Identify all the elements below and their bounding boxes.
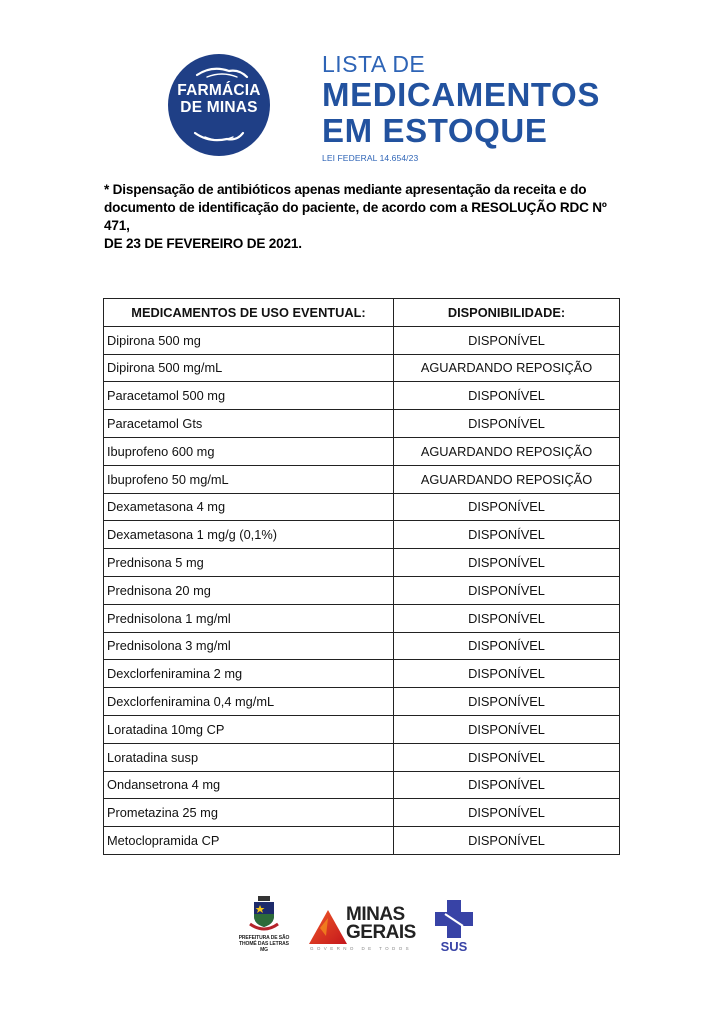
table-row: Ondansetrona 4 mgDISPONÍVEL (104, 771, 620, 799)
farmacia-logo-text: FARMÁCIA DE MINAS (167, 82, 271, 116)
medication-name: Paracetamol 500 mg (104, 382, 394, 410)
medication-name: Loratadina susp (104, 743, 394, 771)
medication-name: Dexametasona 1 mg/g (0,1%) (104, 521, 394, 549)
availability-status: DISPONÍVEL (394, 799, 620, 827)
medication-name: Loratadina 10mg CP (104, 715, 394, 743)
coat-of-arms-icon (248, 896, 280, 932)
footer-logos: PREFEITURA DE SÃO THOMÉ DAS LETRAS MG MI… (236, 896, 481, 961)
prefeitura-text: PREFEITURA DE SÃO THOMÉ DAS LETRAS MG (236, 935, 292, 954)
table-row: Loratadina suspDISPONÍVEL (104, 743, 620, 771)
medication-name: Prednisolona 1 mg/ml (104, 604, 394, 632)
table-row: Prednisona 20 mgDISPONÍVEL (104, 576, 620, 604)
mg-text: MINAS GERAIS (346, 906, 416, 942)
availability-status: DISPONÍVEL (394, 715, 620, 743)
page-header: FARMÁCIA DE MINAS LISTA DE MEDICAMENTOS … (155, 48, 615, 168)
logo-line1: FARMÁCIA (167, 82, 271, 99)
prefeitura-line2: THOMÉ DAS LETRAS MG (236, 941, 292, 953)
medication-name: Paracetamol Gts (104, 410, 394, 438)
medication-name: Dexclorfeniramina 2 mg (104, 660, 394, 688)
title-line2: EM ESTOQUE (322, 113, 600, 149)
medication-name: Prednisolona 3 mg/ml (104, 632, 394, 660)
column-header-availability: DISPONIBILIDADE: (394, 299, 620, 327)
medication-name: Prednisona 20 mg (104, 576, 394, 604)
title-block: LISTA DE MEDICAMENTOS EM ESTOQUE LEI FED… (322, 48, 600, 163)
column-header-medication: MEDICAMENTOS DE USO EVENTUAL: (104, 299, 394, 327)
notice-line3: DE 23 DE FEVEREIRO DE 2021. (104, 235, 624, 253)
availability-status: AGUARDANDO REPOSIÇÃO (394, 354, 620, 382)
availability-status: DISPONÍVEL (394, 410, 620, 438)
availability-status: DISPONÍVEL (394, 660, 620, 688)
title-small: LISTA DE (322, 51, 600, 77)
medication-name: Prednisona 5 mg (104, 549, 394, 577)
prefeitura-logo: PREFEITURA DE SÃO THOMÉ DAS LETRAS MG (236, 896, 292, 954)
medication-name: Dexametasona 4 mg (104, 493, 394, 521)
law-reference: LEI FEDERAL 14.654/23 (322, 153, 600, 163)
table-row: Dexametasona 4 mgDISPONÍVEL (104, 493, 620, 521)
medication-name: Prometazina 25 mg (104, 799, 394, 827)
medication-name: Dexclorfeniramina 0,4 mg/mL (104, 688, 394, 716)
availability-status: DISPONÍVEL (394, 549, 620, 577)
table-row: Dexclorfeniramina 0,4 mg/mLDISPONÍVEL (104, 688, 620, 716)
table-row: Dipirona 500 mg/mLAGUARDANDO REPOSIÇÃO (104, 354, 620, 382)
mg-subtitle: GOVERNO DE TODOS (310, 946, 412, 951)
table-row: Dexclorfeniramina 2 mgDISPONÍVEL (104, 660, 620, 688)
logo-line2: DE MINAS (167, 99, 271, 116)
availability-status: DISPONÍVEL (394, 827, 620, 855)
sus-text: SUS (434, 940, 474, 954)
notice-line2: documento de identificação do paciente, … (104, 199, 624, 235)
availability-status: DISPONÍVEL (394, 521, 620, 549)
availability-status: DISPONÍVEL (394, 604, 620, 632)
medication-name: Ondansetrona 4 mg (104, 771, 394, 799)
availability-status: AGUARDANDO REPOSIÇÃO (394, 437, 620, 465)
minas-gerais-logo: MINAS GERAIS GOVERNO DE TODOS (306, 906, 426, 954)
table-row: Metoclopramida CPDISPONÍVEL (104, 827, 620, 855)
medication-name: Metoclopramida CP (104, 827, 394, 855)
medication-name: Ibuprofeno 600 mg (104, 437, 394, 465)
table-header-row: MEDICAMENTOS DE USO EVENTUAL: DISPONIBIL… (104, 299, 620, 327)
availability-status: DISPONÍVEL (394, 326, 620, 354)
availability-status: AGUARDANDO REPOSIÇÃO (394, 465, 620, 493)
medications-table: MEDICAMENTOS DE USO EVENTUAL: DISPONIBIL… (103, 298, 620, 855)
table-row: Dipirona 500 mgDISPONÍVEL (104, 326, 620, 354)
medication-name: Dipirona 500 mg/mL (104, 354, 394, 382)
table-row: Prednisona 5 mgDISPONÍVEL (104, 549, 620, 577)
availability-status: DISPONÍVEL (394, 743, 620, 771)
availability-status: DISPONÍVEL (394, 382, 620, 410)
table-row: Prometazina 25 mgDISPONÍVEL (104, 799, 620, 827)
table-row: Dexametasona 1 mg/g (0,1%)DISPONÍVEL (104, 521, 620, 549)
availability-status: DISPONÍVEL (394, 688, 620, 716)
table-row: Ibuprofeno 50 mg/mLAGUARDANDO REPOSIÇÃO (104, 465, 620, 493)
mg-triangle-icon (306, 908, 348, 946)
table-row: Paracetamol GtsDISPONÍVEL (104, 410, 620, 438)
availability-status: DISPONÍVEL (394, 576, 620, 604)
title-line1: MEDICAMENTOS (322, 77, 600, 113)
sus-logo: SUS (434, 900, 474, 954)
availability-status: DISPONÍVEL (394, 771, 620, 799)
mg-line2: GERAIS (346, 924, 416, 942)
availability-status: DISPONÍVEL (394, 632, 620, 660)
availability-status: DISPONÍVEL (394, 493, 620, 521)
medication-name: Ibuprofeno 50 mg/mL (104, 465, 394, 493)
antibiotic-notice: * Dispensação de antibióticos apenas med… (104, 181, 624, 253)
sus-cross-icon (435, 900, 473, 938)
table-row: Paracetamol 500 mgDISPONÍVEL (104, 382, 620, 410)
table-row: Prednisolona 1 mg/mlDISPONÍVEL (104, 604, 620, 632)
table-row: Loratadina 10mg CPDISPONÍVEL (104, 715, 620, 743)
medication-name: Dipirona 500 mg (104, 326, 394, 354)
table-row: Ibuprofeno 600 mgAGUARDANDO REPOSIÇÃO (104, 437, 620, 465)
table-row: Prednisolona 3 mg/mlDISPONÍVEL (104, 632, 620, 660)
notice-line1: * Dispensação de antibióticos apenas med… (104, 181, 624, 199)
